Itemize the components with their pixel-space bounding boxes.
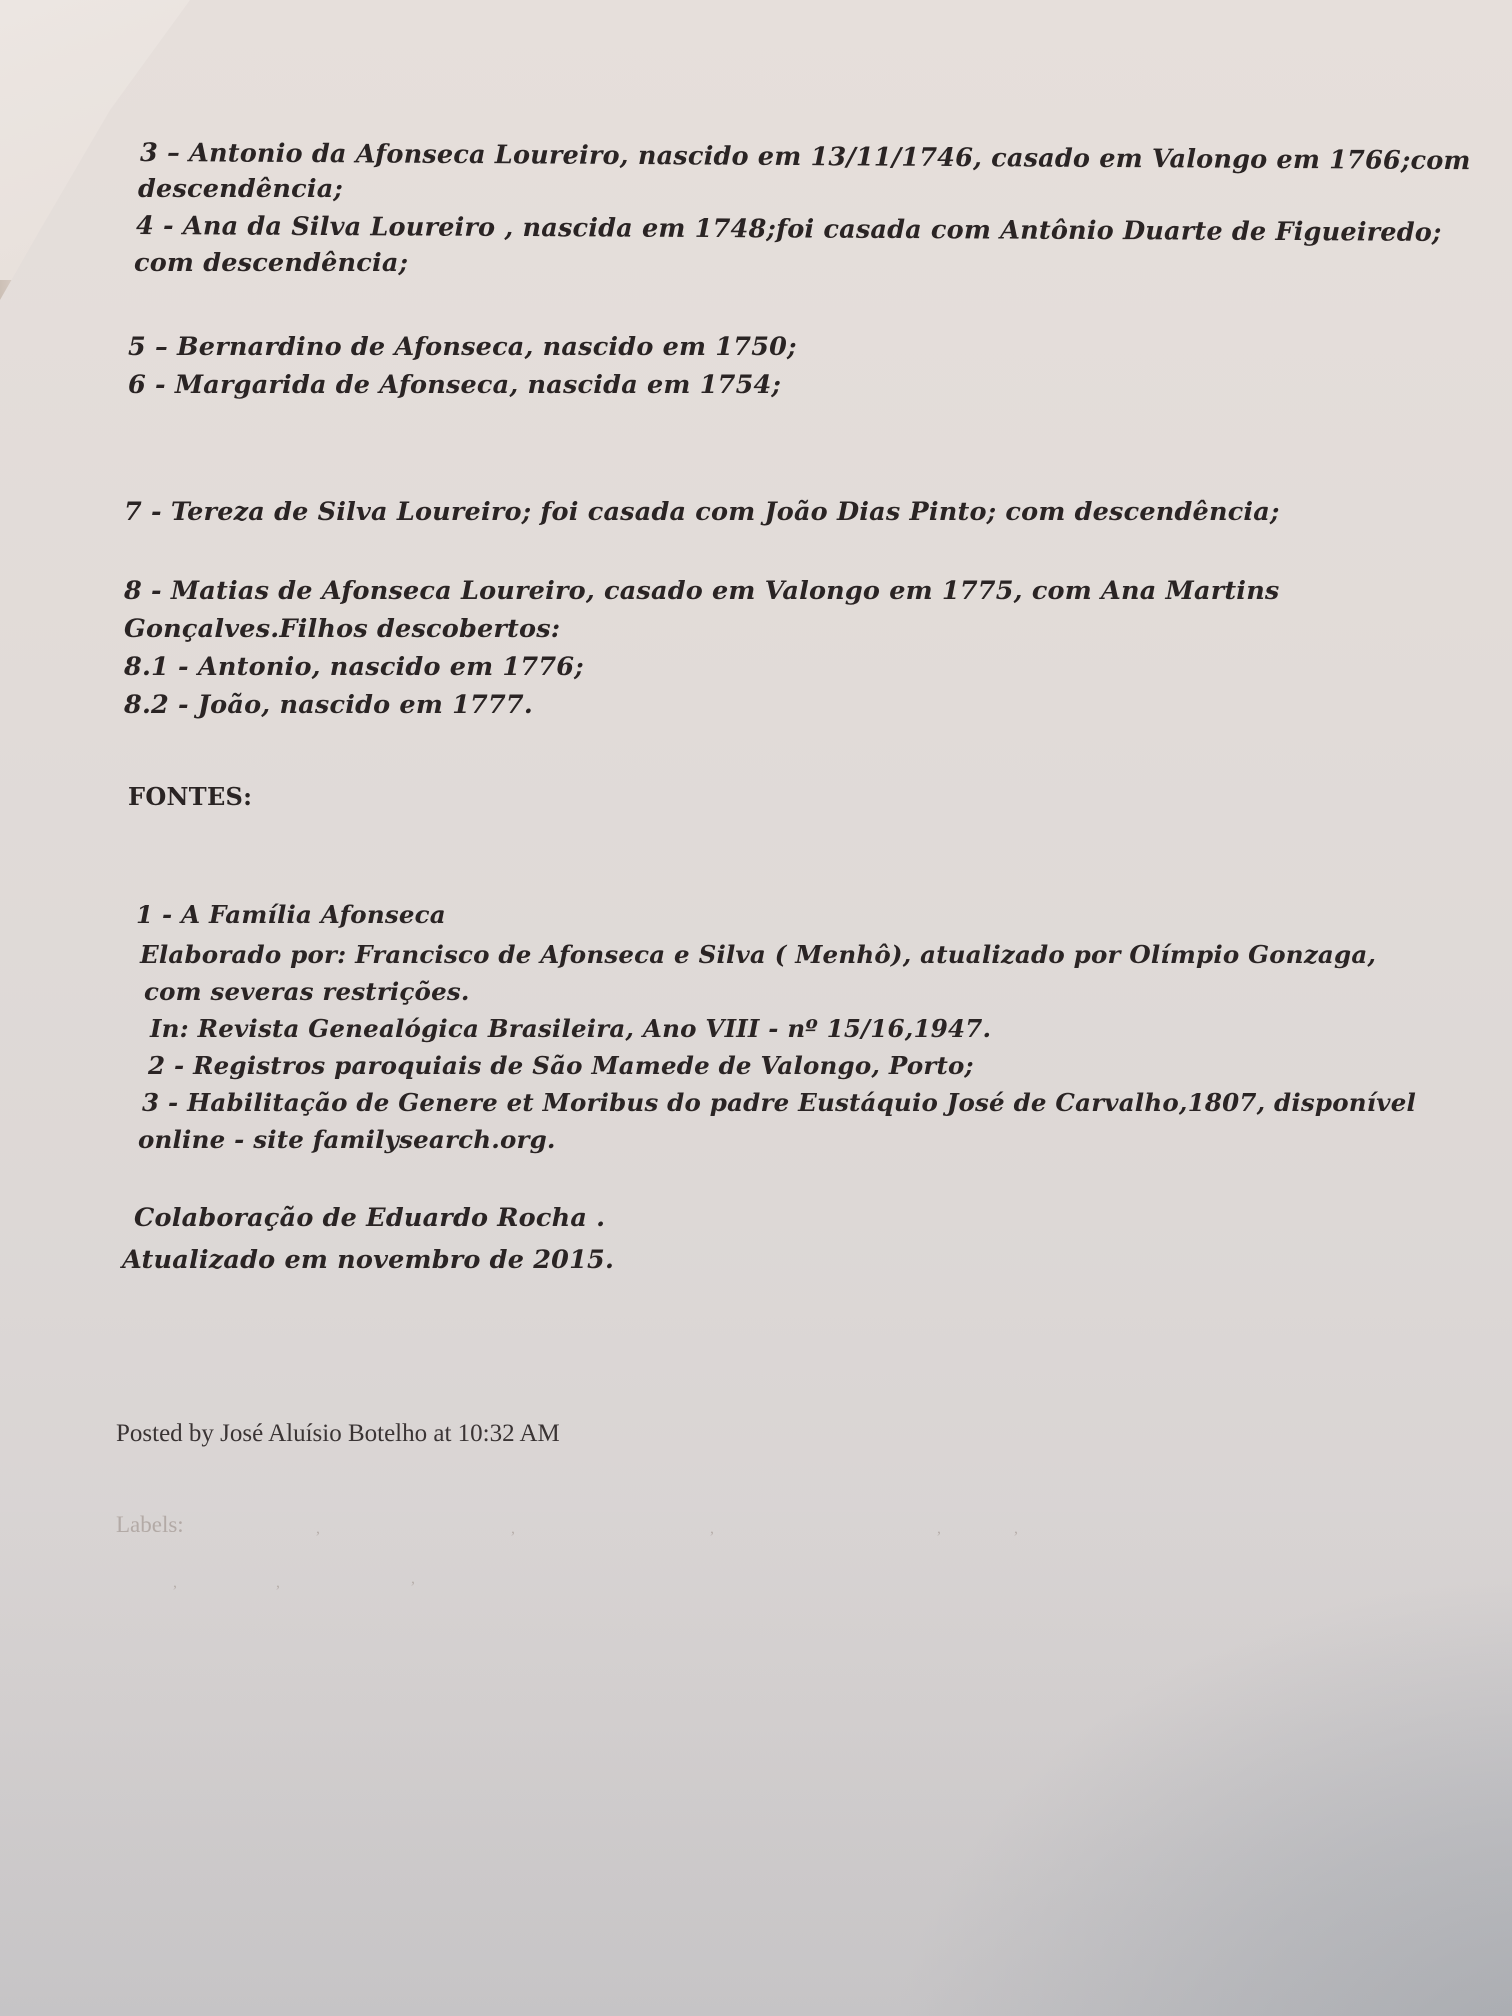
- source-3-cont: online - site familysearch.org.: [138, 1125, 556, 1154]
- labels-heading: Labels:: [116, 1512, 184, 1538]
- source-1-title: 1 - A Família Afonseca: [136, 900, 446, 929]
- source-3: 3 - Habilitação de Genere et Moribus do …: [142, 1088, 1416, 1117]
- sources-heading: FONTES:: [128, 782, 252, 811]
- printed-page: [0, 0, 1512, 2016]
- source-1-author: Elaborado por: Francisco de Afonseca e S…: [140, 940, 1376, 969]
- update-date: Atualizado em novembro de 2015.: [122, 1245, 614, 1275]
- child-entry-7: 7 - Tereza de Silva Loureiro; foi casada…: [124, 497, 1280, 527]
- child-entry-8-cont: Gonçalves.Filhos descobertos:: [124, 614, 560, 644]
- label-separator: ,: [316, 1520, 320, 1538]
- grandchild-entry-8-2: 8.2 - João, nascido em 1777.: [124, 690, 533, 720]
- collaboration-credit: Colaboração de Eduardo Rocha .: [134, 1203, 605, 1233]
- label-separator: ,: [173, 1574, 177, 1592]
- grandchild-entry-8-1: 8.1 - Antonio, nascido em 1776;: [124, 652, 584, 682]
- child-entry-5: 5 – Bernardino de Afonseca, nascido em 1…: [128, 332, 797, 362]
- child-entry-4-cont: com descendência;: [134, 248, 408, 278]
- label-separator: ,: [511, 1520, 515, 1538]
- label-separator: ,: [937, 1520, 941, 1538]
- child-entry-8: 8 - Matias de Afonseca Loureiro, casado …: [124, 576, 1280, 606]
- child-entry-3-cont: descendência;: [138, 174, 343, 204]
- child-entry-6: 6 - Margarida de Afonseca, nascida em 17…: [128, 370, 781, 400]
- label-separator: ,: [276, 1574, 280, 1592]
- post-author-timestamp: Posted by José Aluísio Botelho at 10:32 …: [116, 1420, 560, 1448]
- source-2: 2 - Registros paroquiais de São Mamede d…: [148, 1051, 974, 1080]
- label-separator: ,: [710, 1520, 714, 1538]
- source-1-restrictions: com severas restrições.: [144, 977, 470, 1006]
- source-1-publication: In: Revista Genealógica Brasileira, Ano …: [150, 1014, 991, 1043]
- label-separator: ,: [1014, 1520, 1018, 1538]
- label-separator: ,: [411, 1570, 415, 1588]
